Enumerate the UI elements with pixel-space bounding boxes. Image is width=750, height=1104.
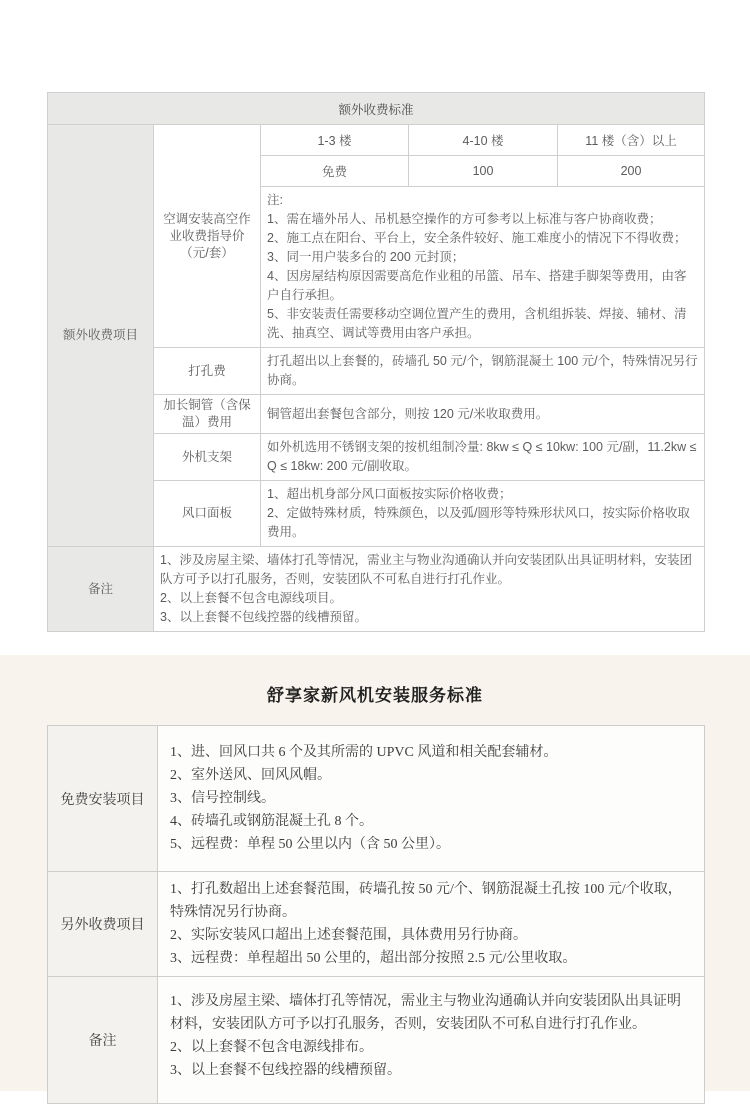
free-install-label: 免费安装项目 bbox=[48, 726, 158, 872]
vent-panel-label: 风口面板 bbox=[154, 481, 261, 547]
floor-fee-value-3: 200 bbox=[558, 156, 705, 187]
drilling-fee-content: 打孔超出以上套餐的，砖墙孔 50 元/个，钢筋混凝土 100 元/个，特殊情况另… bbox=[261, 348, 705, 395]
copper-pipe-fee-content: 铜管超出套餐包含部分，则按 120 元/米收取费用。 bbox=[261, 395, 705, 434]
fresh-air-title: 舒享家新风机安装服务标准 bbox=[0, 681, 750, 706]
extra-fee-section: 额外收费标准 额外收费项目 空调安装高空作业收费指导价（元/套） 1-3 楼 4… bbox=[0, 0, 750, 655]
outdoor-bracket-label: 外机支架 bbox=[154, 434, 261, 481]
extra-charge-content: 1、打孔数超出上述套餐范围，砖墙孔按 50 元/个、钢筋混凝土孔按 100 元/… bbox=[158, 872, 705, 977]
drilling-fee-label: 打孔费 bbox=[154, 348, 261, 395]
extra-fee-table-title: 额外收费标准 bbox=[48, 93, 705, 125]
floor-range-header-3: 11 楼（含）以上 bbox=[558, 125, 705, 156]
floor-fee-value-2: 100 bbox=[409, 156, 558, 187]
remark-content: 1、涉及房屋主梁、墙体打孔等情况，需业主与物业沟通确认并向安装团队出具证明材料，… bbox=[154, 547, 705, 632]
floor-fee-value-1: 免费 bbox=[261, 156, 409, 187]
fresh-air-remark-content: 1、涉及房屋主梁、墙体打孔等情况，需业主与物业沟通确认并向安装团队出具证明材料，… bbox=[158, 977, 705, 1104]
fresh-air-section: 舒享家新风机安装服务标准 免费安装项目 1、进、回风口共 6 个及其所需的 UP… bbox=[0, 655, 750, 1091]
vent-panel-content: 1、超出机身部分风口面板按实际价格收费； 2、定做特殊材质，特殊颜色，以及弧/圆… bbox=[261, 481, 705, 547]
aerial-work-label: 空调安装高空作业收费指导价（元/套） bbox=[154, 125, 261, 348]
fresh-air-remark-label: 备注 bbox=[48, 977, 158, 1104]
extra-charge-label: 另外收费项目 bbox=[48, 872, 158, 977]
outdoor-bracket-content: 如外机选用不锈钢支架的按机组制冷量: 8kw ≤ Q ≤ 10kw: 100 元… bbox=[261, 434, 705, 481]
aerial-note-cell: 注: 1、需在墙外吊人、吊机悬空操作的方可参考以上标准与客户协商收费； 2、施工… bbox=[261, 187, 705, 348]
floor-range-header-1: 1-3 楼 bbox=[261, 125, 409, 156]
fee-category-label: 额外收费项目 bbox=[48, 125, 154, 547]
extra-fee-table: 额外收费标准 额外收费项目 空调安装高空作业收费指导价（元/套） 1-3 楼 4… bbox=[47, 92, 705, 632]
copper-pipe-fee-label: 加长铜管（含保温）费用 bbox=[154, 395, 261, 434]
floor-range-header-2: 4-10 楼 bbox=[409, 125, 558, 156]
remark-label: 备注 bbox=[48, 547, 154, 632]
fresh-air-table: 免费安装项目 1、进、回风口共 6 个及其所需的 UPVC 风道和相关配套辅材。… bbox=[47, 725, 705, 1104]
free-install-content: 1、进、回风口共 6 个及其所需的 UPVC 风道和相关配套辅材。 2、室外送风… bbox=[158, 726, 705, 872]
